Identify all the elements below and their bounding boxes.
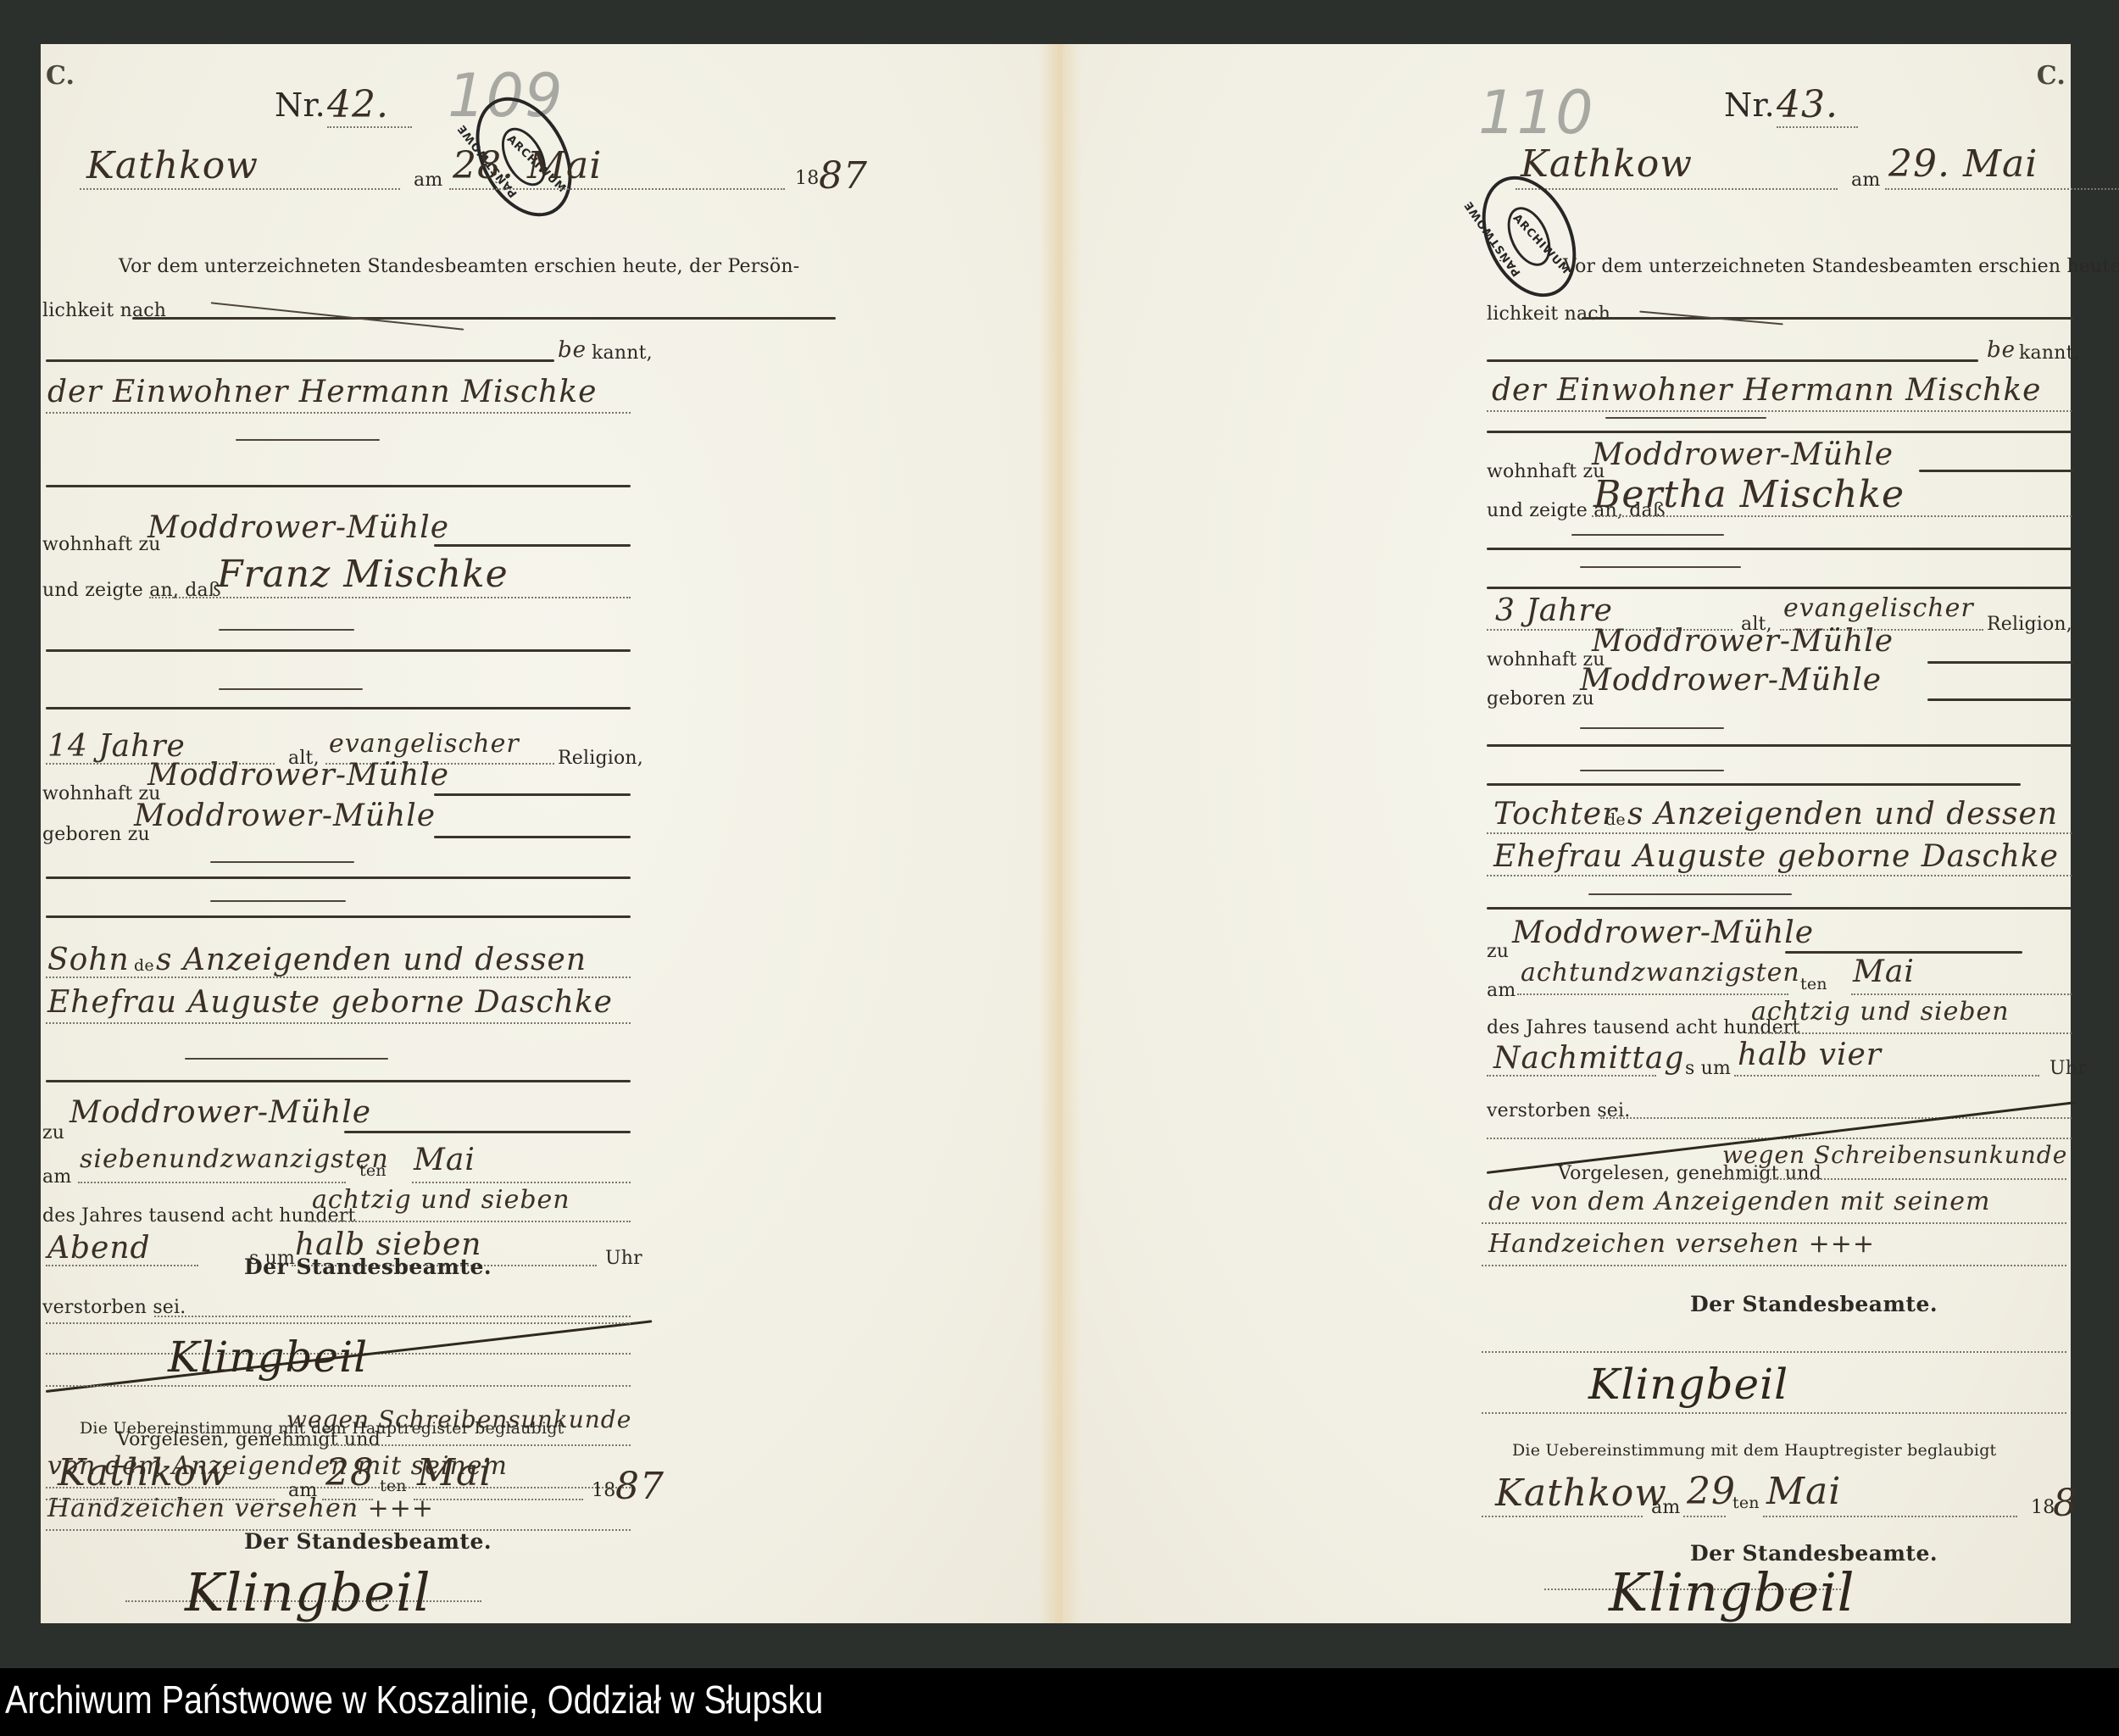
cert-day: 28 — [325, 1451, 375, 1494]
official-signature: Klingbeil — [168, 1333, 368, 1382]
cert-day: 29 — [1687, 1470, 1736, 1513]
uebereinstimmung-text: Die Uebereinstimmung mit dem Hauptregist… — [80, 1419, 564, 1438]
cert-signature: Klingbeil — [185, 1561, 431, 1623]
am-label: am — [1651, 1497, 1680, 1518]
closing-line-2: de von dem Anzeigenden mit seinem — [1488, 1187, 1990, 1216]
right-page-lower: Vorgelesen, genehmigt und wegen Schreibe… — [1058, 44, 2071, 1623]
cert-month-dotted-line — [414, 1499, 583, 1500]
cert-place: Kathkow — [1495, 1472, 1667, 1515]
cert-place-dotted-line — [46, 1499, 275, 1500]
signature-dotted-line — [46, 1385, 631, 1387]
am-label: am — [288, 1480, 317, 1501]
left-page-lower: Der Standesbeamte. Klingbeil Die Ueberei… — [41, 44, 1058, 1623]
cert-day-dotted-line — [322, 1499, 373, 1500]
cert-day-dotted-line — [1683, 1516, 1726, 1517]
cert-month-dotted-line — [1763, 1516, 2017, 1517]
standesbeamte-heading: Der Standesbeamte. — [244, 1255, 492, 1279]
closing-line-1: wegen Schreibensunkunde — [1722, 1141, 2067, 1169]
cert-month: Mai — [417, 1451, 492, 1494]
signature-dotted-line — [1482, 1351, 2066, 1353]
official-signature: Klingbeil — [1588, 1360, 1788, 1409]
cert-year-suffix: 8 — [2053, 1482, 2077, 1525]
standesbeamte-heading: Der Standesbeamte. — [1690, 1292, 1938, 1316]
ten-label: ten — [1732, 1494, 1760, 1512]
archive-caption-bar: Archiwum Państwowe w Koszalinie, Oddział… — [0, 1668, 2119, 1736]
cert-signature: Klingbeil — [1609, 1561, 1855, 1623]
standesbeamte-heading: Der Standesbeamte. — [244, 1529, 492, 1554]
closing-line-3: Handzeichen versehen +++ — [1488, 1229, 1875, 1259]
cert-year-suffix: 87 — [615, 1465, 665, 1508]
ten-label: ten — [380, 1477, 407, 1495]
cert-place-dotted-line — [1482, 1516, 1643, 1517]
cert-month: Mai — [1766, 1470, 1841, 1513]
uebereinstimmung-text: Die Uebereinstimmung mit dem Hauptregist… — [1512, 1441, 1996, 1460]
year-prefix: 18 — [2031, 1497, 2055, 1518]
archive-caption-text: Archiwum Państwowe w Koszalinie, Oddział… — [5, 1677, 823, 1722]
closing-dotted-line — [1719, 1178, 2066, 1180]
signature-dotted-line — [46, 1322, 631, 1324]
signature-dotted-line — [1482, 1412, 2066, 1414]
closing-dotted-line — [1482, 1222, 2066, 1224]
cert-place: Kathkow — [58, 1451, 230, 1494]
year-prefix: 18 — [592, 1480, 615, 1501]
closing-dotted-line — [1482, 1265, 2066, 1266]
